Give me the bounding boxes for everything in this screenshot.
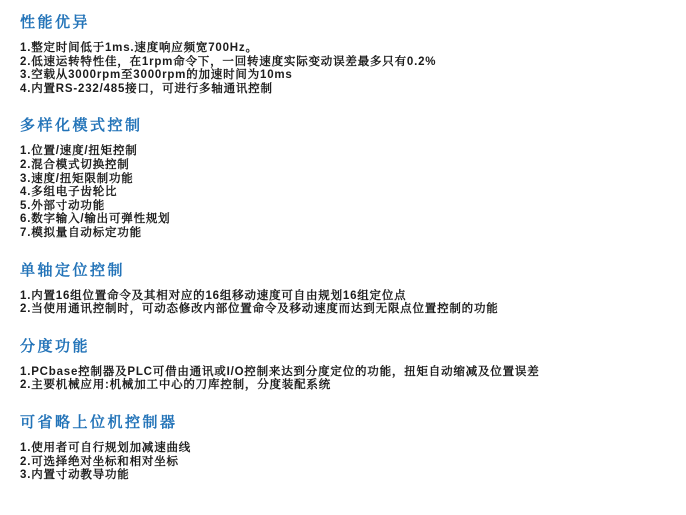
section-mode-control-title: 多样化模式控制 [20,117,666,135]
list-item: 1.整定时间低于1ms.速度响应频宽700Hz。 [20,42,666,56]
list-item: 2.当使用通讯控制时，可动态修改内部位置命令及移动速度而达到无限点位置控制的功能 [20,303,666,317]
list-item: 1.内置16组位置命令及其相对应的16组移动速度可自由规划16组定位点 [20,290,666,304]
list-item: 1.使用者可自行规划加减速曲线 [20,442,666,456]
section-performance: 性能优异 1.整定时间低于1ms.速度响应频宽700Hz。 2.低速运转特性佳，… [20,14,666,96]
list-item: 3.空载从3000rpm至3000rpm的加速时间为10ms [20,69,666,83]
list-item: 4.多组电子齿轮比 [20,186,666,200]
section-single-axis-positioning-title: 单轴定位控制 [20,262,666,280]
list-item: 3.内置寸动教导功能 [20,469,666,483]
list-item: 6.数字输入/输出可弹性规划 [20,213,666,227]
list-item: 5.外部寸动功能 [20,200,666,214]
list-item: 1.位置/速度/扭矩控制 [20,145,666,159]
list-item: 4.内置RS-232/485接口，可进行多轴通讯控制 [20,83,666,97]
list-item: 2.低速运转特性佳，在1rpm命令下，一回转速度实际变动误差最多只有0.2% [20,56,666,70]
section-indexing-function: 分度功能 1.PCbase控制器及PLC可借由通讯或I/O控制来达到分度定位的功… [20,338,666,393]
section-single-axis-positioning: 单轴定位控制 1.内置16组位置命令及其相对应的16组移动速度可自由规划16组定… [20,262,666,317]
section-performance-title: 性能优异 [20,14,666,32]
section-mode-control: 多样化模式控制 1.位置/速度/扭矩控制 2.混合模式切换控制 3.速度/扭矩限… [20,117,666,240]
list-item: 2.主要机械应用:机械加工中心的刀库控制，分度装配系统 [20,379,666,393]
section-single-axis-positioning-list: 1.内置16组位置命令及其相对应的16组移动速度可自由规划16组定位点 2.当使… [20,290,666,317]
list-item: 1.PCbase控制器及PLC可借由通讯或I/O控制来达到分度定位的功能，扭矩自… [20,366,666,380]
list-item: 7.模拟量自动标定功能 [20,227,666,241]
section-mode-control-list: 1.位置/速度/扭矩控制 2.混合模式切换控制 3.速度/扭矩限制功能 4.多组… [20,145,666,240]
section-host-controller-omit-list: 1.使用者可自行规划加减速曲线 2.可选择绝对坐标和相对坐标 3.内置寸动教导功… [20,442,666,483]
section-indexing-function-list: 1.PCbase控制器及PLC可借由通讯或I/O控制来达到分度定位的功能，扭矩自… [20,366,666,393]
section-performance-list: 1.整定时间低于1ms.速度响应频宽700Hz。 2.低速运转特性佳，在1rpm… [20,42,666,96]
list-item: 3.速度/扭矩限制功能 [20,173,666,187]
section-host-controller-omit: 可省略上位机控制器 1.使用者可自行规划加减速曲线 2.可选择绝对坐标和相对坐标… [20,414,666,483]
list-item: 2.可选择绝对坐标和相对坐标 [20,456,666,470]
list-item: 2.混合模式切换控制 [20,159,666,173]
section-host-controller-omit-title: 可省略上位机控制器 [20,414,666,432]
feature-document: 性能优异 1.整定时间低于1ms.速度响应频宽700Hz。 2.低速运转特性佳，… [0,0,686,483]
section-indexing-function-title: 分度功能 [20,338,666,356]
